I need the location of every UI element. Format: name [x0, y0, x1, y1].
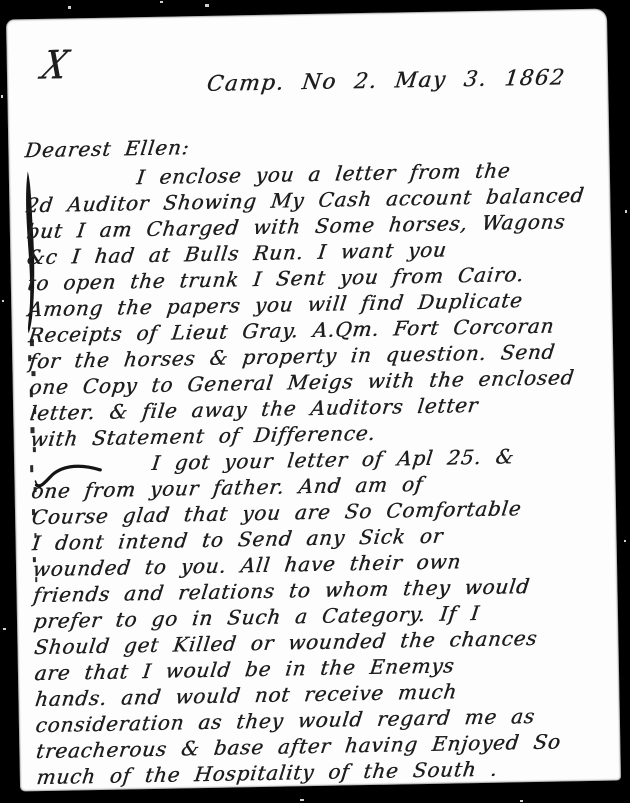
salutation: Dearest Ellen: — [24, 135, 192, 162]
letter-body: I enclose you a letter from the 2d Audit… — [24, 156, 615, 791]
scan-background: X Camp. No 2. May 3. 1862 Dearest Ellen: — [0, 0, 630, 803]
x-annotation-mark: X — [37, 42, 72, 89]
date-line: Camp. No 2. May 3. 1862 — [205, 65, 566, 97]
letter-page: X Camp. No 2. May 3. 1862 Dearest Ellen: — [6, 9, 621, 792]
